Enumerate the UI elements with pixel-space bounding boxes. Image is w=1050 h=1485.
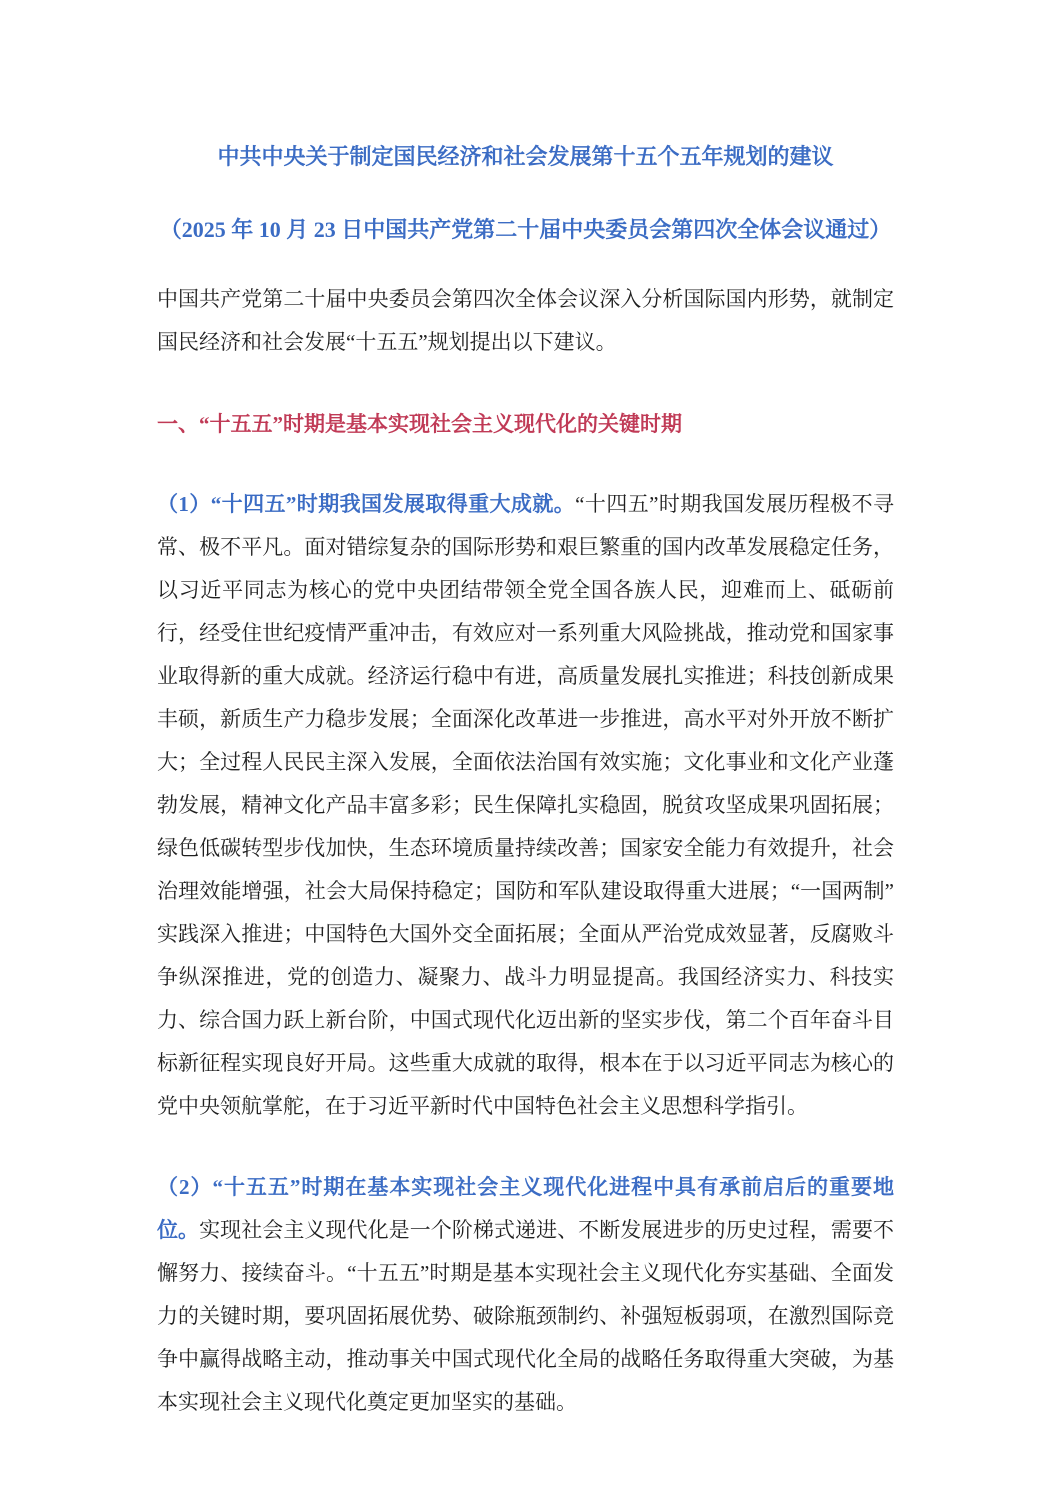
- doc-subtitle: （2025 年 10 月 23 日中国共产党第二十届中央委员会第四次全体会议通过…: [157, 216, 894, 244]
- doc-title: 中共中央关于制定国民经济和社会发展第十五个五年规划的建议: [157, 143, 894, 171]
- section-1-heading: 一、“十五五”时期是基本实现社会主义现代化的关键时期: [157, 410, 894, 438]
- paragraph-2-text: 实现社会主义现代化是一个阶梯式递进、不断发展进步的历史过程，需要不懈努力、接续奋…: [157, 1218, 894, 1414]
- document-page: 中共中央关于制定国民经济和社会发展第十五个五年规划的建议 （2025 年 10 …: [157, 0, 894, 1424]
- intro-paragraph: 中国共产党第二十届中央委员会第四次全体会议深入分析国际国内形势，就制定国民经济和…: [157, 278, 894, 364]
- paragraph-1-text: “十四五”时期我国发展历程极不寻常、极不平凡。面对错综复杂的国际形势和艰巨繁重的…: [157, 492, 894, 1118]
- paragraph-2: （2）“十五五”时期在基本实现社会主义现代化进程中具有承前启后的重要地位。实现社…: [157, 1166, 894, 1424]
- paragraph-1: （1）“十四五”时期我国发展取得重大成就。“十四五”时期我国发展历程极不寻常、极…: [157, 483, 894, 1128]
- paragraph-1-lead: （1）“十四五”时期我国发展取得重大成就。: [157, 492, 575, 516]
